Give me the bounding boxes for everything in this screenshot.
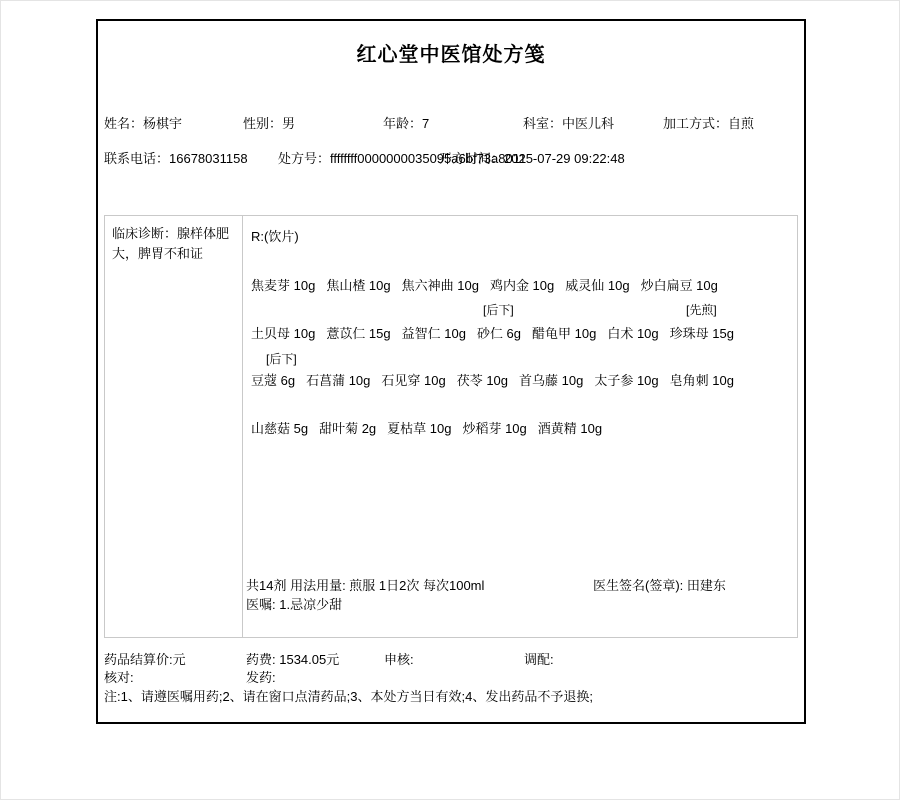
dispense-field: 调配: (524, 652, 554, 667)
dosage-summary: 共14剂 用法用量: 煎服 1日2次 每次100ml (246, 578, 484, 593)
diagnosis-label: 临床诊断： (112, 226, 177, 241)
medical-advice: 医嘱: 1.忌凉少甜 (246, 597, 342, 612)
processing-method-label: 加工方式： (663, 116, 728, 131)
patient-gender-label: 性别： (243, 116, 282, 131)
issue-field: 发药: (246, 670, 276, 685)
check-field: 核对: (104, 670, 134, 685)
herb-item: 茯苓 10g (457, 373, 508, 388)
doctor-signature-name: 田建东 (687, 578, 726, 593)
fee-value: 1534.05元 (279, 652, 339, 667)
herb-item: 皂角刺 10g (670, 373, 734, 388)
footer-note: 注:1、请遵医嘱用药;2、请在窗口点清药品;3、本处方当日有效;4、发出药品不予… (104, 689, 593, 704)
department-value: 中医儿科 (562, 116, 614, 131)
settle-price-label: 药品结算价: (104, 652, 173, 667)
herb-item: 首乌藤 10g (519, 373, 583, 388)
settle-price-value: 元 (173, 652, 186, 667)
review-field: 申核: (384, 652, 414, 667)
patient-gender-field: 性别：男 (243, 116, 295, 131)
herb-item: 砂仁 6g (477, 326, 521, 341)
herb-row-3: 豆蔻 6g石菖蒲 10g石见穿 10g茯苓 10g首乌藤 10g太子参 10g皂… (251, 373, 734, 388)
herb-row-1: 焦麦芽 10g焦山楂 10g焦六神曲 10g鸡内金 10g威灵仙 10g炒白扁豆… (251, 278, 718, 293)
herb-item: 威灵仙 10g (565, 278, 629, 293)
herb-item: 甜叶菊 2g (319, 421, 376, 436)
patient-gender-value: 男 (282, 116, 295, 131)
phone-field: 联系电话：16678031158 (104, 151, 248, 166)
processing-method-field: 加工方式：自煎 (663, 116, 754, 131)
herb-item: 焦六神曲 10g (402, 278, 479, 293)
herb-item: 白术 10g (607, 326, 658, 341)
patient-name-value: 杨棋宇 (143, 116, 182, 131)
herb-item: 益智仁 10g (402, 326, 466, 341)
patient-age-label: 年龄： (383, 116, 422, 131)
herb-item: 醋龟甲 10g (532, 326, 596, 341)
fee-label: 药费: (246, 652, 279, 667)
column-divider (242, 216, 243, 637)
department-label: 科室： (523, 116, 562, 131)
patient-name-field: 姓名：杨棋宇 (104, 116, 182, 131)
prescribe-time-field: 开方时间：2025-07-29 09:22:48 (439, 151, 625, 166)
herb-row-4: 山慈菇 5g甜叶菊 2g夏枯草 10g炒稻芽 10g酒黄精 10g (251, 421, 602, 436)
doctor-signature: 医生签名(签章): 田建东 (593, 578, 726, 593)
prescription-sheet: 红心堂中医馆处方笺 姓名：杨棋宇 性别：男 年龄：7 科室：中医儿科 加工方式：… (96, 19, 806, 724)
annotation-decoct-first-zhenzhumu: [先煎] (686, 303, 717, 317)
patient-name-label: 姓名： (104, 116, 143, 131)
department-field: 科室：中医儿科 (523, 116, 614, 131)
herb-item: 豆蔻 6g (251, 373, 295, 388)
herb-item: 石菖蒲 10g (306, 373, 370, 388)
fee-field: 药费: 1534.05元 (246, 652, 339, 667)
herb-item: 薏苡仁 15g (326, 326, 390, 341)
herb-row-2: 土贝母 10g薏苡仁 15g益智仁 10g砂仁 6g醋龟甲 10g白术 10g珍… (251, 326, 734, 341)
rx-header: R:(饮片) (251, 229, 299, 244)
prescribe-time-label: 开方时间： (439, 151, 504, 166)
herb-item: 夏枯草 10g (387, 421, 451, 436)
herb-item: 石见穿 10g (381, 373, 445, 388)
patient-age-value: 7 (422, 116, 429, 131)
processing-method-value: 自煎 (728, 116, 754, 131)
patient-age-field: 年龄：7 (383, 116, 429, 131)
clinical-diagnosis: 临床诊断：腺样体肥大，脾胃不和证 (112, 224, 236, 264)
prescribe-time-value: 2025-07-29 09:22:48 (504, 151, 625, 166)
prescription-number-label: 处方号： (278, 151, 330, 166)
phone-value: 16678031158 (169, 151, 248, 166)
doctor-signature-label: 医生签名(签章): (593, 578, 687, 593)
herb-item: 珍珠母 15g (670, 326, 734, 341)
annotation-decoct-later-sharen: [后下] (483, 303, 514, 317)
annotation-decoct-later-doukou: [后下] (266, 352, 297, 366)
herb-item: 炒稻芽 10g (462, 421, 526, 436)
herb-item: 山慈菇 5g (251, 421, 308, 436)
herb-item: 土贝母 10g (251, 326, 315, 341)
herb-item: 炒白扁豆 10g (641, 278, 718, 293)
prescription-page: 红心堂中医馆处方笺 姓名：杨棋宇 性别：男 年龄：7 科室：中医儿科 加工方式：… (0, 0, 900, 800)
herb-item: 太子参 10g (594, 373, 658, 388)
clinic-title: 红心堂中医馆处方笺 (98, 38, 804, 67)
prescription-body-box: 临床诊断：腺样体肥大，脾胃不和证 R:(饮片) 焦麦芽 10g焦山楂 10g焦六… (104, 215, 798, 638)
settle-price-field: 药品结算价:元 (104, 652, 186, 667)
herb-item: 焦山楂 10g (326, 278, 390, 293)
herb-item: 鸡内金 10g (490, 278, 554, 293)
phone-label: 联系电话： (104, 151, 169, 166)
herb-item: 酒黄精 10g (538, 421, 602, 436)
herb-item: 焦麦芽 10g (251, 278, 315, 293)
